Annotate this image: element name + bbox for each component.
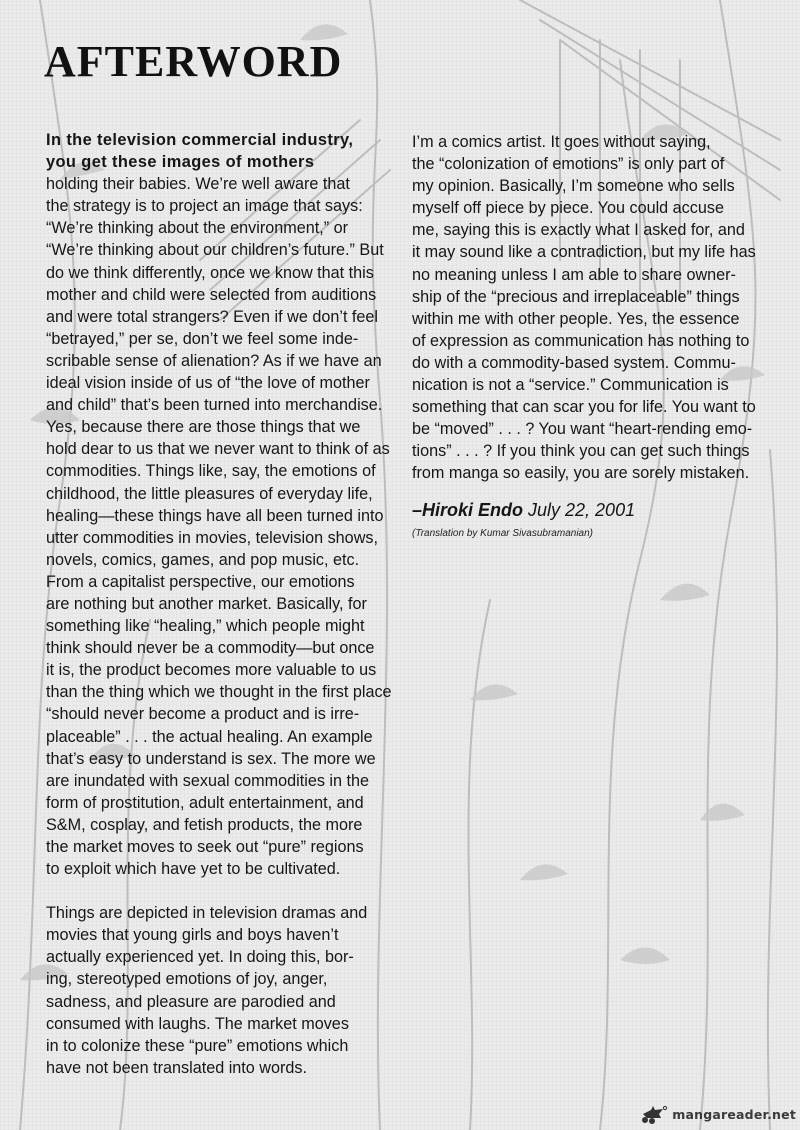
- right-text-column: I’m a comics artist. It goes without say…: [412, 131, 756, 485]
- author-signature: –Hiroki Endo July 22, 2001: [412, 500, 635, 521]
- page-title: AFTERWORD: [44, 40, 342, 84]
- text-line: have not been translated into words.: [46, 1057, 392, 1079]
- text-line: myself off piece by piece. You could acc…: [412, 197, 756, 219]
- author-name: –Hiroki Endo: [412, 500, 523, 520]
- lead-line: In the television commercial industry,: [46, 129, 392, 151]
- text-line: “We’re thinking about the environment,” …: [46, 217, 392, 239]
- text-line: within me with other people. Yes, the es…: [412, 308, 756, 330]
- text-line: do we think differently, once we know th…: [46, 262, 392, 284]
- text-line: holding their babies. We’re well aware t…: [46, 173, 392, 195]
- text-line: Yes, because there are those things that…: [46, 416, 392, 438]
- translation-credit: (Translation by Kumar Sivasubramanian): [412, 528, 593, 539]
- text-line: to exploit which have yet to be cultivat…: [46, 858, 392, 880]
- text-line: from manga so easily, you are sorely mis…: [412, 462, 756, 484]
- mangareader-logo-icon: [639, 1104, 669, 1124]
- text-line: sadness, and pleasure are parodied and: [46, 991, 392, 1013]
- text-line: and child” that’s been turned into merch…: [46, 394, 392, 416]
- text-line: commodities. Things like, say, the emoti…: [46, 460, 392, 482]
- text-line: nication is not a “service.” Communicati…: [412, 374, 756, 396]
- text-line: me, saying this is exactly what I asked …: [412, 219, 756, 241]
- text-line: “We’re thinking about our children’s fut…: [46, 239, 392, 261]
- watermark-text: mangareader.net: [672, 1107, 796, 1122]
- text-line: Things are depicted in television dramas…: [46, 902, 392, 924]
- text-line: the strategy is to project an image that…: [46, 195, 392, 217]
- afterword-page: AFTERWORD In the television commercial i…: [0, 0, 800, 1130]
- text-line: consumed with laughs. The market moves: [46, 1013, 392, 1035]
- text-line: are nothing but another market. Basicall…: [46, 593, 392, 615]
- text-line: than the thing which we thought in the f…: [46, 681, 392, 703]
- text-line: ing, stereotyped emotions of joy, anger,: [46, 968, 392, 990]
- text-line: do with a commodity-based system. Commu-: [412, 352, 756, 374]
- text-line: something that can scar you for life. Yo…: [412, 396, 756, 418]
- text-line: the “colonization of emotions” is only p…: [412, 153, 756, 175]
- text-line: of expression as communication has nothi…: [412, 330, 756, 352]
- text-line: tions” . . . ? If you think you can get …: [412, 440, 756, 462]
- text-line: form of prostitution, adult entertainmen…: [46, 792, 392, 814]
- text-line: think should never be a commodity—but on…: [46, 637, 392, 659]
- lead-line: you get these images of mothers: [46, 151, 392, 173]
- text-line: placeable” . . . the actual healing. An …: [46, 726, 392, 748]
- text-line: scribable sense of alienation? As if we …: [46, 350, 392, 372]
- text-line: ship of the “precious and irreplaceable”…: [412, 286, 756, 308]
- site-watermark: mangareader.net: [639, 1104, 796, 1124]
- text-line: my opinion. Basically, I’m someone who s…: [412, 175, 756, 197]
- text-line: From a capitalist perspective, our emoti…: [46, 571, 392, 593]
- text-line: that’s easy to understand is sex. The mo…: [46, 748, 392, 770]
- text-line: I’m a comics artist. It goes without say…: [412, 131, 756, 153]
- text-line: the market moves to seek out “pure” regi…: [46, 836, 392, 858]
- text-line: actually experienced yet. In doing this,…: [46, 946, 392, 968]
- left-text-column: In the television commercial industry, y…: [46, 129, 392, 1079]
- text-line: mother and child were selected from audi…: [46, 284, 392, 306]
- text-line: healing—these things have all been turne…: [46, 505, 392, 527]
- text-line: “betrayed,” per se, don’t we feel some i…: [46, 328, 392, 350]
- text-line: ideal vision inside of us of “the love o…: [46, 372, 392, 394]
- signature-date: July 22, 2001: [523, 500, 635, 520]
- text-line: something like “healing,” which people m…: [46, 615, 392, 637]
- text-line: in to colonize these “pure” emotions whi…: [46, 1035, 392, 1057]
- text-line: utter commodities in movies, television …: [46, 527, 392, 549]
- text-line: no meaning unless I am able to share own…: [412, 264, 756, 286]
- text-line: it is, the product becomes more valuable…: [46, 659, 392, 681]
- text-line: S&M, cosplay, and fetish products, the m…: [46, 814, 392, 836]
- text-line: are inundated with sexual commodities in…: [46, 770, 392, 792]
- text-line: it may sound like a contradiction, but m…: [412, 241, 756, 263]
- text-line: hold dear to us that we never want to th…: [46, 438, 392, 460]
- text-line: and were total strangers? Even if we don…: [46, 306, 392, 328]
- text-line: “should never become a product and is ir…: [46, 703, 392, 725]
- text-line: childhood, the little pleasures of every…: [46, 483, 392, 505]
- text-line: movies that young girls and boys haven’t: [46, 924, 392, 946]
- text-line: novels, comics, games, and pop music, et…: [46, 549, 392, 571]
- paragraph-gap: [46, 880, 392, 902]
- text-line: be “moved” . . . ? You want “heart-rendi…: [412, 418, 756, 440]
